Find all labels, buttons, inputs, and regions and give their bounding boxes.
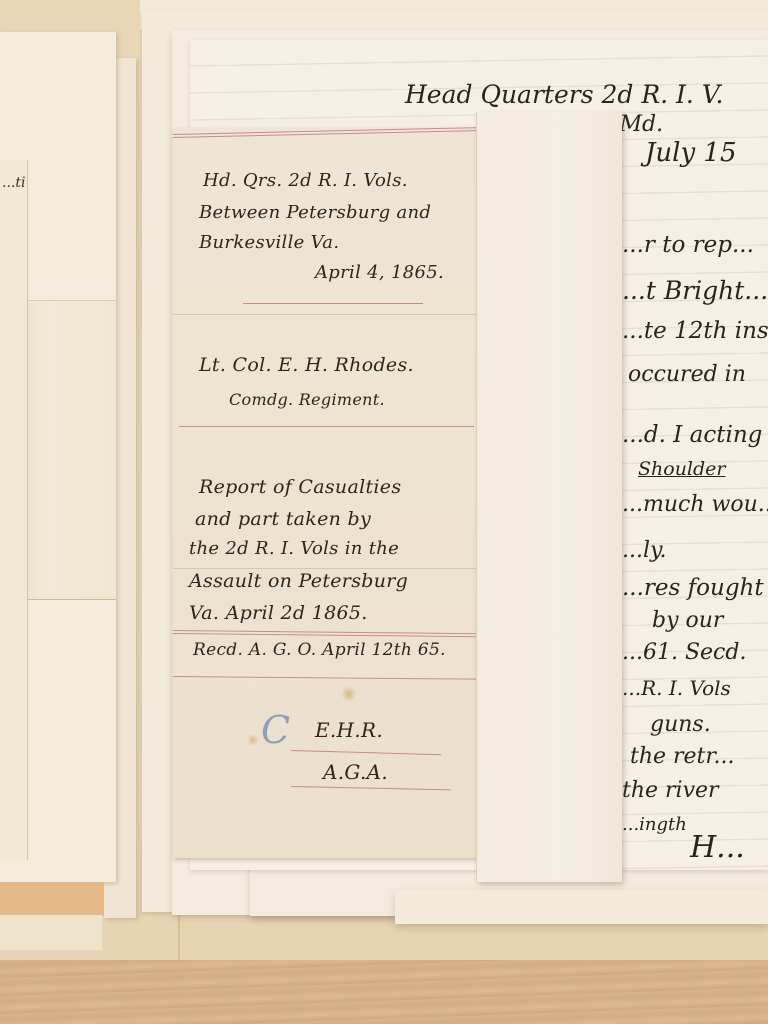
letter-line: Shoulder (638, 458, 726, 480)
letter-line: ...te 12th ins... (622, 318, 768, 344)
blue-pencil-mark: C (261, 708, 290, 752)
letter-line: by our (652, 608, 723, 633)
docket-subject-line1: Report of Casualties (199, 476, 401, 498)
letter-line: ...res fought (622, 575, 764, 601)
docket-heading-line1: Hd. Qrs. 2d R. I. Vols. (203, 170, 408, 191)
letter-line: guns. (650, 712, 711, 737)
letter-line: ...r to rep... (622, 232, 754, 258)
letter-line: occured in (628, 362, 746, 387)
wooden-table (0, 960, 768, 1024)
docket-rule (291, 750, 441, 755)
docket-initials: E.H.R. (315, 718, 383, 742)
docket-rule (291, 786, 451, 790)
letter-line: the retr... (630, 744, 734, 769)
letter-line: ...ly. (622, 538, 667, 563)
left-stack-edge-sheet (0, 160, 28, 860)
letter-line: ...ingth (622, 814, 687, 835)
orange-sheet (0, 882, 104, 916)
docket-note: Hd. Qrs. 2d R. I. Vols. Between Petersbu… (173, 128, 478, 858)
docket-heading-line3: Burkesville Va. (199, 232, 339, 253)
letter-line: ...d. I acting (622, 422, 762, 448)
fold-crease (173, 314, 478, 315)
docket-addressee-title: Comdg. Regiment. (229, 390, 385, 409)
letter-line: ...61. Secd. (622, 640, 746, 665)
docket-top-rule (173, 127, 478, 135)
paper-stain (341, 686, 357, 702)
docket-rule (243, 303, 423, 304)
letter-line: ...R. I. Vols (622, 676, 731, 700)
left-sheet-fragment: ...ti (2, 175, 25, 191)
docket-folded-flap (476, 112, 622, 882)
letter-line: July 15 (645, 138, 737, 168)
letter-line: Head Quarters 2d R. I. V. (405, 80, 723, 109)
docket-received-stamp: Recd. A. G. O. April 12th 65. (193, 640, 446, 660)
docket-subject-line5: Va. April 2d 1865. (189, 602, 368, 624)
docket-double-rule (173, 630, 478, 634)
docket-office: A.G.A. (323, 760, 388, 784)
fold-crease (173, 568, 478, 569)
docket-subject-line3: the 2d R. I. Vols in the (189, 538, 399, 559)
docket-rule (179, 426, 474, 427)
paper-stain (247, 734, 259, 746)
letter-line: the river (622, 778, 719, 803)
docket-heading-date: April 4, 1865. (315, 262, 444, 283)
docket-addressee-name: Lt. Col. E. H. Rhodes. (199, 354, 414, 376)
letter-line: ...much wou... (622, 492, 768, 517)
docket-subject-line2: and part taken by (195, 508, 371, 530)
letter-line: ...t Bright... (622, 276, 768, 305)
left-under-sheet (0, 915, 102, 950)
left-sheet-fold (14, 300, 116, 600)
letter-line: H... (690, 830, 745, 865)
docket-subject-line4: Assault on Petersburg (189, 570, 408, 592)
docket-rule (173, 676, 478, 680)
stack-bottom-sheet-2 (395, 890, 768, 924)
docket-heading-line2: Between Petersburg and (199, 202, 431, 223)
